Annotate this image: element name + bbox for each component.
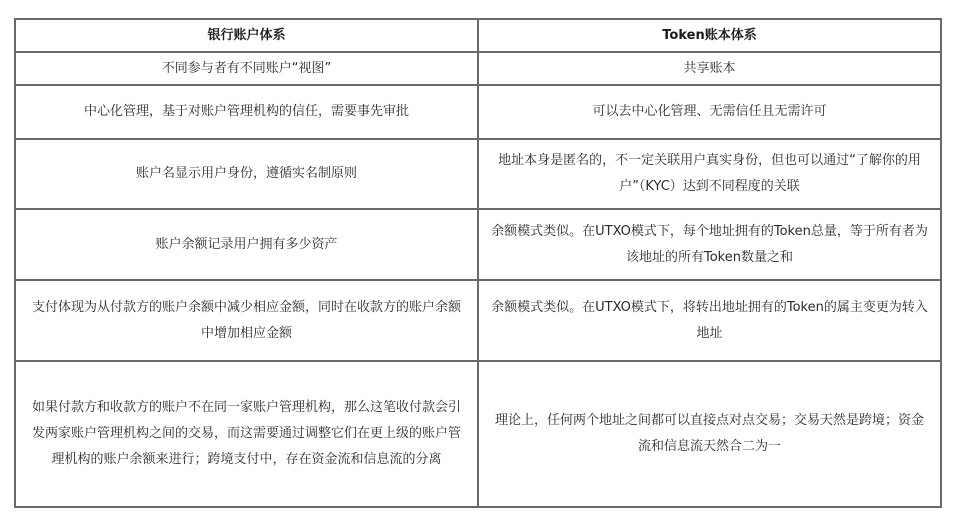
table-cell-bank: 中心化管理，基于对账户管理机构的信任，需要事先审批 — [15, 85, 478, 139]
table-cell-token: 理论上，任何两个地址之间都可以直接点对点交易；交易天然是跨境；资金流和信息流天然… — [478, 361, 941, 507]
table-cell-bank: 账户余额记录用户拥有多少资产 — [15, 209, 478, 280]
table-cell-token: 余额模式类似。在UTXO模式下，每个地址拥有的Token总量，等于所有者为该地址… — [478, 209, 941, 280]
header-bank-account-system: 银行账户体系 — [15, 19, 478, 52]
table-cell-bank: 支付体现为从付款方的账户余额中减少相应金额，同时在收款方的账户余额中增加相应金额 — [15, 280, 478, 361]
table-row: 不同参与者有不同账户“视图” 共享账本 — [15, 52, 941, 85]
comparison-table: 银行账户体系 Token账本体系 不同参与者有不同账户“视图” 共享账本 中心化… — [14, 18, 942, 508]
table-row: 支付体现为从付款方的账户余额中减少相应金额，同时在收款方的账户余额中增加相应金额… — [15, 280, 941, 361]
table-cell-token: 余额模式类似。在UTXO模式下，将转出地址拥有的Token的属主变更为转入地址 — [478, 280, 941, 361]
comparison-table-container: 银行账户体系 Token账本体系 不同参与者有不同账户“视图” 共享账本 中心化… — [14, 18, 940, 508]
table-cell-bank: 不同参与者有不同账户“视图” — [15, 52, 478, 85]
table-cell-token: 可以去中心化管理、无需信任且无需许可 — [478, 85, 941, 139]
table-row: 如果付款方和收款方的账户不在同一家账户管理机构，那么这笔收付款会引发两家账户管理… — [15, 361, 941, 507]
table-header-row: 银行账户体系 Token账本体系 — [15, 19, 941, 52]
table-cell-bank: 账户名显示用户身份，遵循实名制原则 — [15, 139, 478, 209]
table-row: 账户名显示用户身份，遵循实名制原则 地址本身是匿名的，不一定关联用户真实身份，但… — [15, 139, 941, 209]
table-cell-bank: 如果付款方和收款方的账户不在同一家账户管理机构，那么这笔收付款会引发两家账户管理… — [15, 361, 478, 507]
table-row: 中心化管理，基于对账户管理机构的信任，需要事先审批 可以去中心化管理、无需信任且… — [15, 85, 941, 139]
table-cell-token: 地址本身是匿名的，不一定关联用户真实身份，但也可以通过“了解你的用户”（KYC）… — [478, 139, 941, 209]
table-row: 账户余额记录用户拥有多少资产 余额模式类似。在UTXO模式下，每个地址拥有的To… — [15, 209, 941, 280]
table-cell-token: 共享账本 — [478, 52, 941, 85]
header-token-ledger-system: Token账本体系 — [478, 19, 941, 52]
